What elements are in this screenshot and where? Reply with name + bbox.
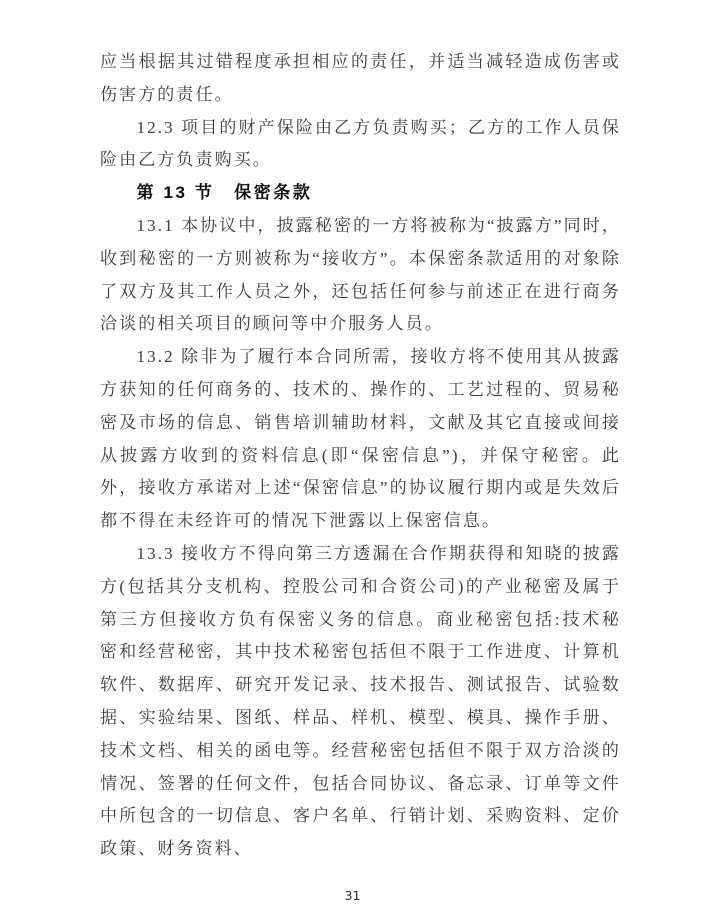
page-number: 31 bbox=[0, 888, 705, 903]
document-body: 应当根据其过错程度承担相应的责任，并适当减轻造成伤害或伤害方的责任。 12.3 … bbox=[100, 46, 621, 866]
contract-document-page: 应当根据其过错程度承担相应的责任，并适当减轻造成伤害或伤害方的责任。 12.3 … bbox=[0, 0, 705, 907]
paragraph-continuation: 应当根据其过错程度承担相应的责任，并适当减轻造成伤害或伤害方的责任。 bbox=[100, 46, 621, 112]
clause-13-1: 13.1 本协议中，披露秘密的一方将被称为“披露方”同时，收到秘密的一方则被称为… bbox=[100, 210, 621, 341]
clause-12-3: 12.3 项目的财产保险由乙方负责购买；乙方的工作人员保险由乙方负责购买。 bbox=[100, 112, 621, 178]
clause-13-3: 13.3 接收方不得向第三方透漏在合作期获得和知晓的披露方(包括其分支机构、控股… bbox=[100, 538, 621, 866]
section-13-heading: 第 13 节 保密条款 bbox=[100, 177, 621, 210]
clause-13-2: 13.2 除非为了履行本合同所需，接收方将不使用其从披露方获知的任何商务的、技术… bbox=[100, 341, 621, 538]
